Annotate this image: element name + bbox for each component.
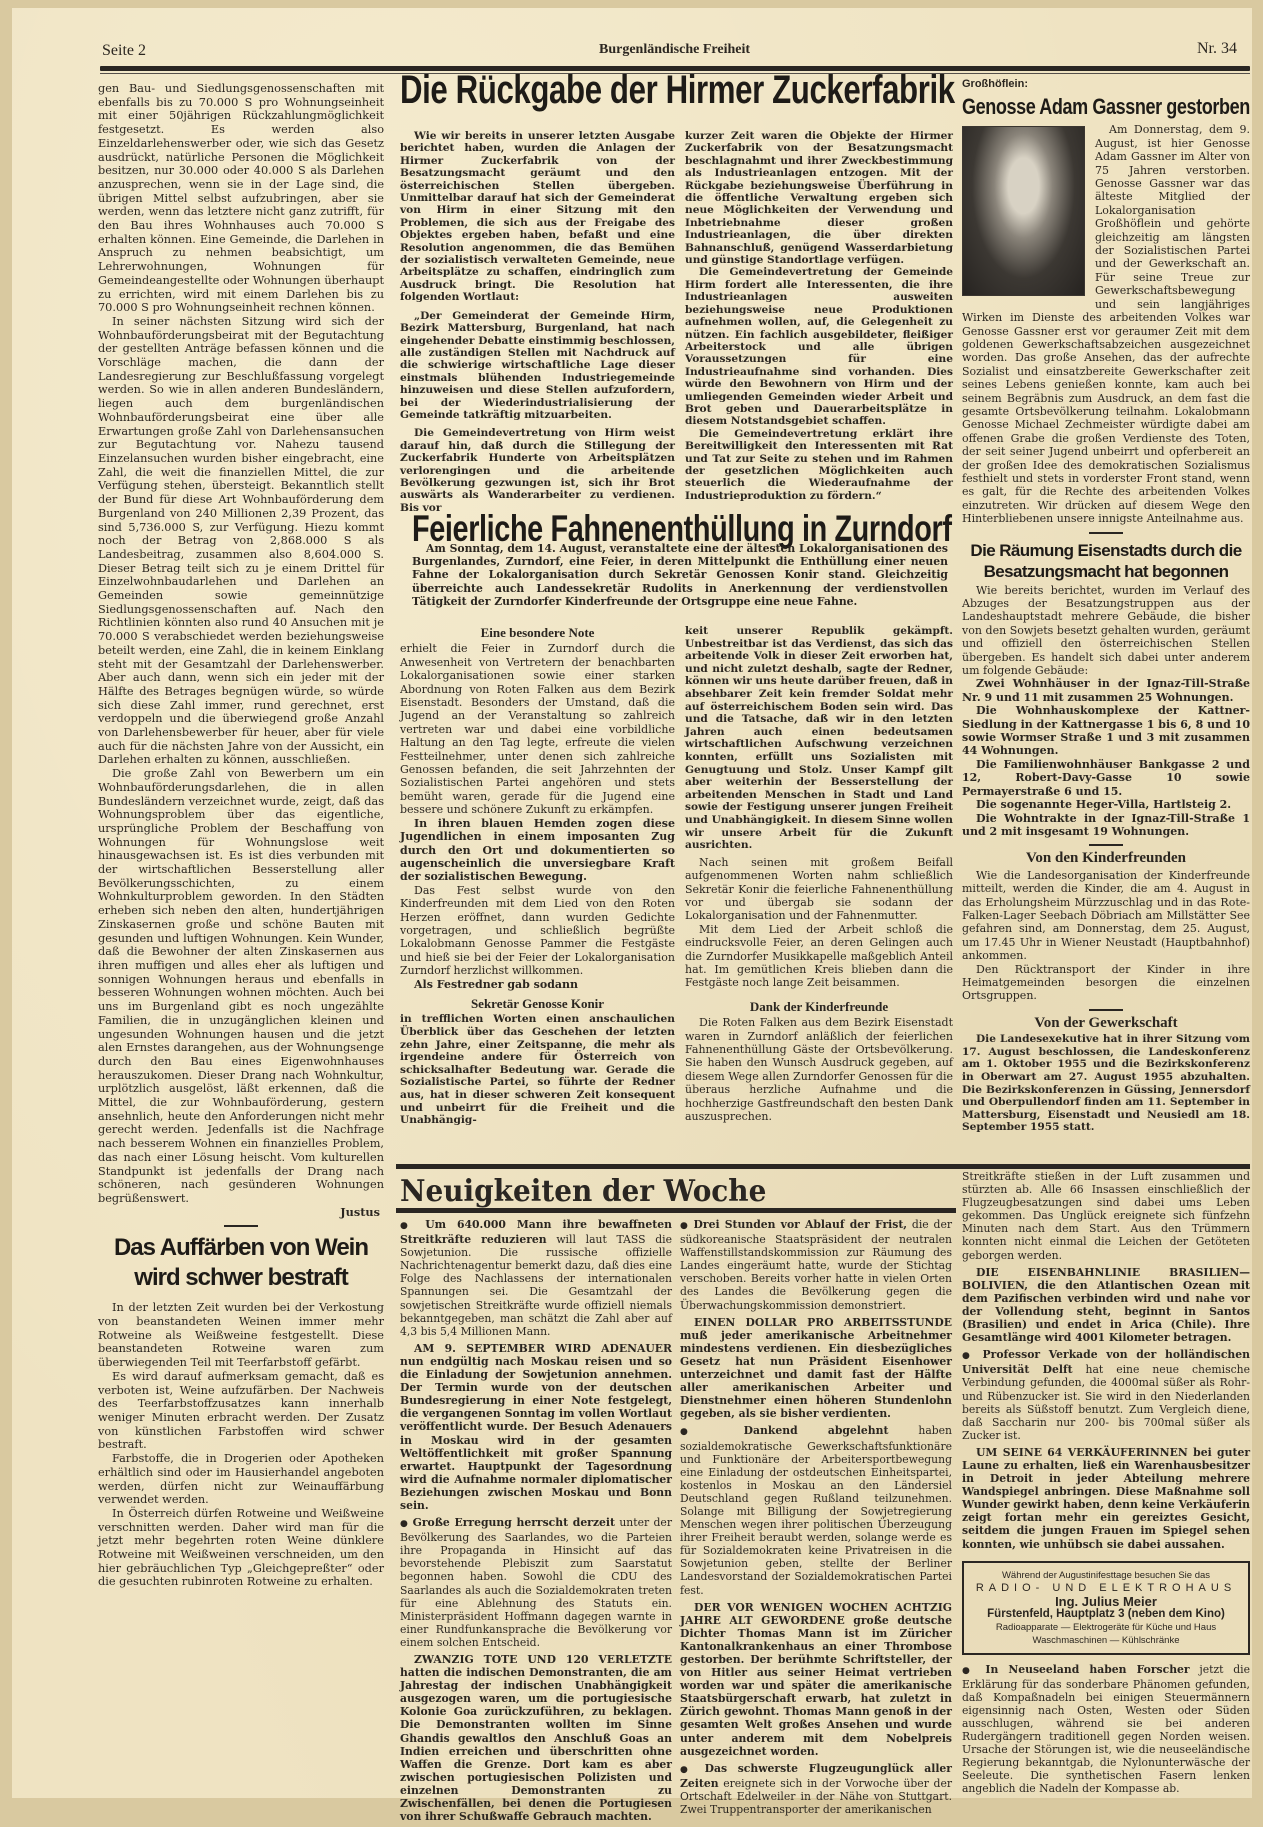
- wine-paragraph: In Österreich dürfen Rotweine und Weißwe…: [98, 1507, 384, 1589]
- news-item: ● Große Erregung herrscht derzeit unter …: [400, 1516, 672, 1649]
- gassner-headline: Genosse Adam Gassner gestorben: [962, 93, 1198, 121]
- news-item-text: die der südkoreanische Staatspräsident d…: [680, 1218, 952, 1312]
- divider: [1089, 1009, 1123, 1011]
- portrait-photo: [962, 126, 1085, 296]
- building-item: Die sogenannte Heger-Villa, Hartlsteig 2…: [962, 798, 1250, 811]
- news-col-3-after-ad: ● In Neuseeland haben Forscher jetzt die…: [962, 1663, 1250, 1796]
- housing-article: gen Bau- und Siedlungsgenossenschaften m…: [98, 82, 384, 1589]
- gewerkschaft-headline: Von der Gewerkschaft: [962, 1017, 1250, 1030]
- zurndorf-paragraph: In ihren blauen Hemden zogen diese Jugen…: [400, 817, 675, 884]
- news-item: UM SEINE 64 VERKÄUFERINNEN bei guter Lau…: [962, 1446, 1250, 1551]
- subheading: Eine besondere Note: [400, 626, 675, 639]
- building-item: Die Wohntrakte in der Ignaz-Till-Straße …: [962, 812, 1250, 839]
- hirm-paragraph: kurzer Zeit waren die Objekte der Hirmer…: [685, 130, 953, 266]
- ad-store-name: RADIO- UND ELEKTROHAUS: [968, 1582, 1244, 1595]
- news-item-text: haben sozialdemokratische Gewerkschaftsf…: [680, 1424, 952, 1596]
- news-item-text: jetzt die Erklärung für das sonderbare P…: [962, 1663, 1250, 1796]
- news-item: ● In Neuseeland haben Forscher jetzt die…: [962, 1663, 1250, 1796]
- news-item: ● Das schwerste Flugzeugunglück aller Ze…: [680, 1762, 952, 1800]
- divider: [1089, 532, 1123, 534]
- building-item: Die Familienwohnhäuser Bankgasse 2 und 1…: [962, 758, 1250, 798]
- building-item: Zwei Wohnhäuser in der Ignaz-Till-Straße…: [962, 677, 1250, 704]
- wine-headline: Das Auffärben von Wein wird schwer bestr…: [98, 1233, 384, 1293]
- bullet-icon: ●: [400, 1221, 425, 1231]
- news-item: ● Professor Verkade von der holländische…: [962, 1348, 1250, 1442]
- housing-paragraph: Die große Zahl von Bewerbern um ein Wohn…: [98, 767, 384, 1206]
- news-item: ● Dankend abgelehnt haben sozialdemokrat…: [680, 1424, 952, 1596]
- divider: [224, 1225, 258, 1227]
- ad-line: Waschmaschinen — Kühlschränke: [968, 1634, 1244, 1647]
- housing-paragraph: gen Bau- und Siedlungsgenossenschaften m…: [98, 82, 384, 315]
- zurndorf-paragraph: Das Fest selbst wurde von den Kinderfreu…: [400, 884, 675, 978]
- ad-owner: Ing. Julius Meier: [968, 1595, 1244, 1608]
- ad-line: Während der Augustinifesttage besuchen S…: [968, 1569, 1244, 1582]
- issue-number: Nr. 34: [1197, 40, 1237, 58]
- newspaper-page: Seite 2 Burgenländische Freiheit Nr. 34 …: [12, 8, 1252, 1798]
- bullet-icon: ●: [680, 1765, 705, 1775]
- news-item: DER VOR WENIGEN WOCHEN ACHTZIG JAHRE ALT…: [680, 1601, 952, 1758]
- news-item-text: hatten die indischen Demonstranten, die …: [400, 1666, 672, 1800]
- news-item-lead: In Neuseeland haben Forscher: [985, 1663, 1189, 1676]
- news-item-text: nun endgültig nach Moskau reisen und so …: [400, 1355, 672, 1512]
- news-item-text: Streitkräfte stießen in der Luft zusamme…: [962, 1170, 1250, 1262]
- news-item-lead: Dankend abgelehnt: [744, 1424, 889, 1437]
- news-item-text: will laut TASS die Sowjetunion. Die russ…: [400, 1233, 672, 1338]
- zurndorf-col-1: Eine besondere Note erhielt die Feier in…: [400, 620, 675, 1127]
- eisenstadt-intro: Wie bereits berichtet, wurden im Verlauf…: [962, 584, 1250, 678]
- news-item-text: ereignete sich in der Vorwoche über der …: [680, 1777, 952, 1800]
- bullet-icon: ●: [400, 1519, 413, 1529]
- author-signature: Justus: [98, 1206, 384, 1220]
- news-item-text: unter der Bevölkerung des Saarlandes, wo…: [400, 1516, 672, 1649]
- news-item: AM 9. SEPTEMBER WIRD ADENAUER nun endgül…: [400, 1342, 672, 1512]
- bullet-icon: ●: [680, 1427, 744, 1437]
- eisenstadt-headline-line1: Die Räumung Eisenstadts durch die: [962, 540, 1250, 561]
- wine-paragraph: In der letzten Zeit wurden bei der Verko…: [98, 1301, 384, 1370]
- zurndorf-paragraph: in trefflichen Worten einen anschauliche…: [400, 1013, 675, 1126]
- zurndorf-paragraph: erhielt die Feier in Zurndorf durch die …: [400, 642, 675, 816]
- wine-paragraph: Farbstoffe, die in Drogerien oder Apothe…: [98, 1452, 384, 1507]
- news-item-text: bei guter Laune zu erhalten, ließ ein Wa…: [962, 1446, 1250, 1551]
- hirm-resolution: „Der Gemeinderat der Gemeinde Hirm, Bezi…: [400, 310, 675, 422]
- page-header: Seite 2 Burgenländische Freiheit Nr. 34: [102, 36, 1247, 62]
- section-rule-top: [396, 1164, 1250, 1169]
- kinderfreunde-paragraph: Wie die Landesorganisation der Kinderfre…: [962, 869, 1250, 963]
- news-item: ● Drei Stunden vor Ablauf der Frist, die…: [680, 1218, 952, 1312]
- building-item: Die Wohnhauskomplexe der Kattner-Siedlun…: [962, 704, 1250, 758]
- subheading: Sekretär Genosse Konir: [400, 997, 675, 1010]
- news-col-3: Streitkräfte stießen in der Luft zusamme…: [962, 1170, 1250, 1800]
- news-item: Streitkräfte stießen in der Luft zusamme…: [962, 1170, 1250, 1262]
- zurndorf-col-2: keit unserer Republik gekämpft. Unbestre…: [685, 625, 953, 1123]
- newspaper-title: Burgenländische Freiheit: [102, 42, 1247, 58]
- bullet-icon: ●: [680, 1221, 694, 1231]
- news-item: DIE EISENBAHNLINIE BRASILIEN—BOLIVIEN, d…: [962, 1266, 1250, 1345]
- news-col-1: ● Um 640.000 Mann ihre bewaffneten Strei…: [400, 1218, 672, 1800]
- zurndorf-paragraph: Nach seinen mit großem Beifall aufgenomm…: [685, 856, 953, 923]
- section-rule-bottom: [396, 1208, 956, 1213]
- zurndorf-lead-text: Am Sonntag, dem 14. August, veranstaltet…: [412, 542, 948, 608]
- kinderfreunde-headline: Von den Kinderfreunden: [962, 852, 1250, 865]
- news-item: ZWANZIG TOTE UND 120 VERLETZTE hatten di…: [400, 1653, 672, 1800]
- wine-paragraph: Es wird darauf aufmerksam gemacht, daß e…: [98, 1370, 384, 1452]
- news-item-lead: UM SEINE 64 VERKÄUFERINNEN: [976, 1446, 1188, 1459]
- hirm-paragraph: Die Gemeindevertretung von Hirm weist da…: [400, 427, 675, 514]
- zurndorf-paragraph: Mit dem Lied der Arbeit schloß die eindr…: [685, 923, 953, 990]
- news-item-lead: Drei Stunden vor Ablauf der Frist,: [694, 1218, 908, 1231]
- subheading: Dank der Kinderfreunde: [685, 1000, 953, 1013]
- hirm-col-2: kurzer Zeit waren die Objekte der Hirmer…: [685, 130, 953, 502]
- divider: [1089, 844, 1123, 846]
- wine-headline-line2: wird schwer bestraft: [98, 1263, 384, 1293]
- kinderfreunde-paragraph: Den Rücktransport der Kinder in ihre Hei…: [962, 963, 1250, 1003]
- hirm-headline: Die Rückgabe der Hirmer Zuckerfabrik: [400, 68, 955, 113]
- wine-headline-line1: Das Auffärben von Wein: [98, 1233, 384, 1263]
- news-col-2: ● Drei Stunden vor Ablauf der Frist, die…: [680, 1218, 952, 1800]
- housing-paragraph: In seiner nächsten Sitzung wird sich der…: [98, 315, 384, 767]
- hirm-paragraph: Die Gemeindevertretung erklärt ihre Bere…: [685, 428, 953, 502]
- hirm-paragraph: Wie wir bereits in unserer letzten Ausga…: [400, 130, 675, 304]
- news-item-lead: Große Erregung herrscht derzeit: [413, 1516, 615, 1529]
- eisenstadt-headline-line2: Besatzungsmacht hat begonnen: [962, 561, 1250, 582]
- zurndorf-lead: Am Sonntag, dem 14. August, veranstaltet…: [412, 542, 948, 608]
- news-section-title: Neuigkeiten der Woche: [400, 1174, 766, 1209]
- news-item-text: muß jeder amerikanische Arbeitnehmer min…: [680, 1329, 952, 1421]
- hirm-paragraph: Die Gemeindevertretung der Gemeinde Hirm…: [685, 266, 953, 427]
- kicker: Großhöflein:: [962, 78, 1250, 91]
- bullet-icon: ●: [962, 1351, 983, 1361]
- news-col-3-items: Streitkräfte stießen in der Luft zusamme…: [962, 1170, 1250, 1551]
- news-item-lead: AM 9. SEPTEMBER WIRD ADENAUER: [414, 1342, 672, 1355]
- news-item-lead: ZWANZIG TOTE UND 120 VERLETZTE: [414, 1653, 672, 1666]
- news-item: EINEN DOLLAR PRO ARBEITSSTUNDE muß jeder…: [680, 1316, 952, 1421]
- gewerkschaft-text: Die Landesexekutive hat in ihrer Sitzung…: [962, 1033, 1250, 1134]
- news-item-text: große deutsche Dichter Thomas Mann ist i…: [680, 1614, 952, 1758]
- ad-address: Fürstenfeld, Hauptplatz 3 (neben dem Kin…: [968, 1608, 1244, 1621]
- advertisement: Während der Augustinifesttage besuchen S…: [962, 1561, 1250, 1655]
- zurndorf-paragraph: Als Festredner gab sodann: [400, 978, 675, 991]
- hirm-col-1: Wie wir bereits in unserer letzten Ausga…: [400, 130, 675, 514]
- news-item-lead: EINEN DOLLAR PRO ARBEITSSTUNDE: [694, 1316, 952, 1329]
- ad-line: Radioapparate — Elektrogeräte für Küche …: [968, 1621, 1244, 1634]
- news-item: ● Um 640.000 Mann ihre bewaffneten Strei…: [400, 1218, 672, 1338]
- zurndorf-paragraph: Die Roten Falken aus dem Bezirk Eisensta…: [685, 1016, 953, 1123]
- bullet-icon: ●: [962, 1666, 985, 1676]
- right-column: Großhöflein: Genosse Adam Gassner gestor…: [962, 78, 1250, 1134]
- zurndorf-paragraph: keit unserer Republik gekämpft. Unbestre…: [685, 625, 953, 852]
- eisenstadt-headline: Die Räumung Eisenstadts durch die Besatz…: [962, 540, 1250, 582]
